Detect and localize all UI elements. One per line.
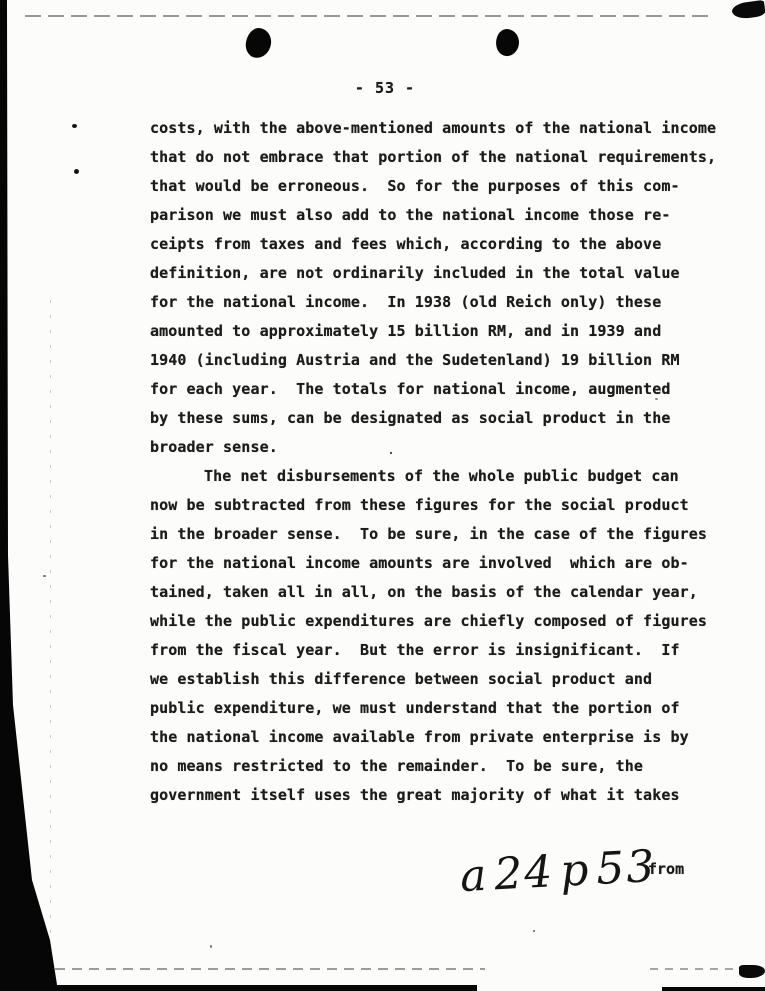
scan-crease-line-top bbox=[25, 15, 713, 17]
typed-line: for each year. The totals for national i… bbox=[150, 375, 725, 404]
typed-line: for the national income amounts are invo… bbox=[150, 549, 725, 578]
page-number: - 53 - bbox=[310, 79, 460, 97]
handwritten-annotation: a 24 p 53 bbox=[459, 841, 658, 902]
typed-line: that would be erroneous. So for the purp… bbox=[150, 172, 725, 201]
ink-speck bbox=[210, 945, 212, 948]
typed-line: costs, with the above-mentioned amounts … bbox=[150, 114, 725, 143]
scanned-document-page: - 53 - costs, with the above-mentioned a… bbox=[0, 0, 765, 991]
typed-line: that do not embrace that portion of the … bbox=[150, 143, 725, 172]
scan-crease-line-bottom-right bbox=[650, 968, 738, 970]
typed-line: definition, are not ordinarily included … bbox=[150, 259, 725, 288]
typed-line: from the fiscal year. But the error is i… bbox=[150, 636, 725, 665]
body-text: costs, with the above-mentioned amounts … bbox=[150, 114, 725, 810]
ink-speck bbox=[72, 124, 77, 128]
typed-line-paragraph-start: The net disbursements of the whole publi… bbox=[150, 462, 725, 491]
typed-line: public expenditure, we must understand t… bbox=[150, 694, 725, 723]
bottom-edge-shadow-right bbox=[662, 987, 765, 991]
typed-line: no means restricted to the remainder. To… bbox=[150, 752, 725, 781]
typed-line: while the public expenditures are chiefl… bbox=[150, 607, 725, 636]
typed-line: by these sums, can be designated as soci… bbox=[150, 404, 725, 433]
hole-punch-left bbox=[244, 26, 273, 59]
ink-speck bbox=[533, 930, 535, 932]
typed-line: 1940 (including Austria and the Sudetenl… bbox=[150, 346, 725, 375]
ink-speck bbox=[74, 169, 79, 174]
bottom-edge-shadow-left bbox=[40, 985, 477, 991]
typed-line: tained, taken all in all, on the basis o… bbox=[150, 578, 725, 607]
ink-speck bbox=[43, 575, 46, 577]
scan-crease-line-bottom bbox=[55, 968, 485, 970]
typed-line: we establish this difference between soc… bbox=[150, 665, 725, 694]
typed-line: parison we must also add to the national… bbox=[150, 201, 725, 230]
hole-punch-right bbox=[495, 28, 521, 57]
typed-line: the national income available from priva… bbox=[150, 723, 725, 752]
typed-line: ceipts from taxes and fees which, accord… bbox=[150, 230, 725, 259]
typed-line: amounted to approximately 15 billion RM,… bbox=[150, 317, 725, 346]
left-edge-shadow bbox=[0, 0, 60, 991]
typed-line: now be subtracted from these figures for… bbox=[150, 491, 725, 520]
bottom-right-smudge bbox=[739, 965, 765, 978]
typed-line: in the broader sense. To be sure, in the… bbox=[150, 520, 725, 549]
typed-line: for the national income. In 1938 (old Re… bbox=[150, 288, 725, 317]
corner-smudge bbox=[731, 0, 765, 20]
typed-line: government itself uses the great majorit… bbox=[150, 781, 725, 810]
typed-line: broader sense. bbox=[150, 433, 725, 462]
scan-streak bbox=[50, 300, 51, 960]
